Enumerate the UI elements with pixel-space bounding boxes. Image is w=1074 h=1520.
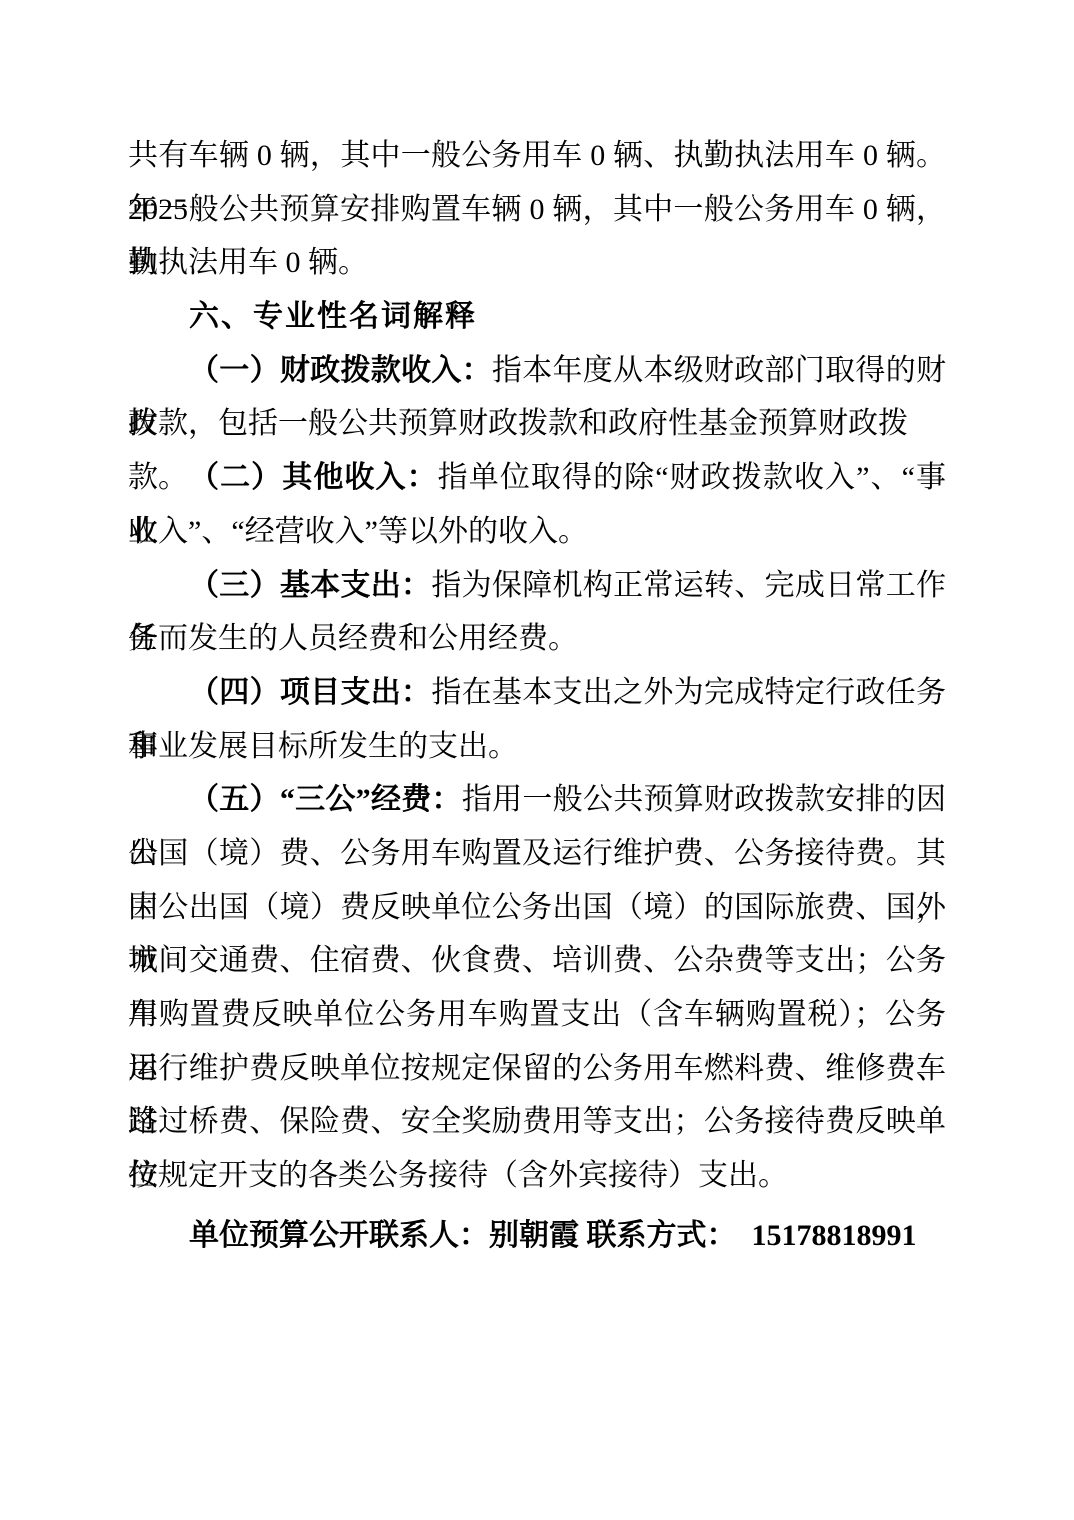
text-segment: 务而发生的人员经费和公用经费。 bbox=[128, 622, 578, 655]
text-line: 市间交通费、住宿费、伙食费、培训费、公杂费等支出；公务用 bbox=[128, 934, 946, 988]
text-line: 单位预算公开联系人：别朝霞 联系方式： 15178818991 bbox=[128, 1209, 946, 1263]
bold-term: 六、专业性名词解释 bbox=[189, 300, 477, 333]
text-line: 勤执法用车 0 辆。 bbox=[128, 236, 946, 290]
text-line: 事业发展目标所发生的支出。 bbox=[128, 720, 946, 774]
text-line: 车购置费反映单位公务用车购置支出（含车辆购置税）；公务用车 bbox=[128, 988, 946, 1042]
text-line: （四）项目支出：指在基本支出之外为完成特定行政任务和 bbox=[128, 666, 946, 720]
text-segment: 收入”、“经营收入”等以外的收入。 bbox=[128, 515, 588, 548]
text-line: 因公出国（境）费反映单位公务出国（境）的国际旅费、国外城 bbox=[128, 881, 946, 935]
text-line: 路过桥费、保险费、安全奖励费用等支出；公务接待费反映单位 bbox=[128, 1095, 946, 1149]
text-line: 出国（境）费、公务用车购置及运行维护费、公务接待费。其中， bbox=[128, 827, 946, 881]
text-line: （一）财政拨款收入：指本年度从本级财政部门取得的财政 bbox=[128, 344, 946, 398]
definition-three-public-funds: （五）“三公”经费：指用一般公共预算财政拨款安排的因公出国（境）费、公务用车购置… bbox=[128, 773, 946, 1203]
text-segment: 勤执法用车 0 辆。 bbox=[128, 246, 368, 279]
text-line: 按规定开支的各类公务接待（含外宾接待）支出。 bbox=[128, 1149, 946, 1203]
text-line: 年一般公共预算安排购置车辆 0 辆，其中一般公务用车 0 辆，执 bbox=[128, 183, 946, 237]
text-line: （三）基本支出：指为保障机构正常运转、完成日常工作任 bbox=[128, 559, 946, 613]
text-line: 运行维护费反映单位按规定保留的公务用车燃料费、维修费、过 bbox=[128, 1042, 946, 1096]
bold-term: （一）财政拨款收入： bbox=[189, 354, 492, 387]
text-line: 务而发生的人员经费和公用经费。 bbox=[128, 612, 946, 666]
text-line: 拨款，包括一般公共预算财政拨款和政府性基金预算财政拨款。 bbox=[128, 397, 946, 451]
text-line: 收入”、“经营收入”等以外的收入。 bbox=[128, 505, 946, 559]
text-line: （二）其他收入：指单位取得的除“财政拨款收入”、“事业 bbox=[128, 451, 946, 505]
text-line: （五）“三公”经费：指用一般公共预算财政拨款安排的因公 bbox=[128, 773, 946, 827]
bold-term: （四）项目支出： bbox=[189, 676, 431, 709]
text-line: 共有车辆 0 辆，其中一般公务用车 0 辆、执勤执法用车 0 辆。2025 bbox=[128, 129, 946, 183]
definition-fiscal-appropriation-income: （一）财政拨款收入：指本年度从本级财政部门取得的财政拨款，包括一般公共预算财政拨… bbox=[128, 344, 946, 451]
vehicles-paragraph: 共有车辆 0 辆，其中一般公务用车 0 辆、执勤执法用车 0 辆。2025年一般… bbox=[128, 129, 946, 290]
bold-term: 单位预算公开联系人：别朝霞 联系方式： 15178818991 bbox=[189, 1219, 917, 1252]
text-segment: 按规定开支的各类公务接待（含外宾接待）支出。 bbox=[128, 1159, 788, 1192]
document-page: 共有车辆 0 辆，其中一般公务用车 0 辆、执勤执法用车 0 辆。2025年一般… bbox=[0, 0, 1074, 1520]
text-segment: 事业发展目标所发生的支出。 bbox=[128, 730, 518, 763]
section-heading-terms: 六、专业性名词解释 bbox=[128, 290, 946, 344]
definition-project-expenditure: （四）项目支出：指在基本支出之外为完成特定行政任务和事业发展目标所发生的支出。 bbox=[128, 666, 946, 773]
document-content: 共有车辆 0 辆，其中一般公务用车 0 辆、执勤执法用车 0 辆。2025年一般… bbox=[128, 129, 946, 1262]
definition-basic-expenditure: （三）基本支出：指为保障机构正常运转、完成日常工作任务而发生的人员经费和公用经费… bbox=[128, 559, 946, 666]
bold-term: （二）其他收入： bbox=[189, 461, 438, 494]
contact-line: 单位预算公开联系人：别朝霞 联系方式： 15178818991 bbox=[128, 1209, 946, 1263]
definition-other-income: （二）其他收入：指单位取得的除“财政拨款收入”、“事业收入”、“经营收入”等以外… bbox=[128, 451, 946, 558]
bold-term: （五）“三公”经费： bbox=[189, 783, 462, 816]
bold-term: （三）基本支出： bbox=[189, 569, 431, 602]
text-line: 六、专业性名词解释 bbox=[128, 290, 946, 344]
